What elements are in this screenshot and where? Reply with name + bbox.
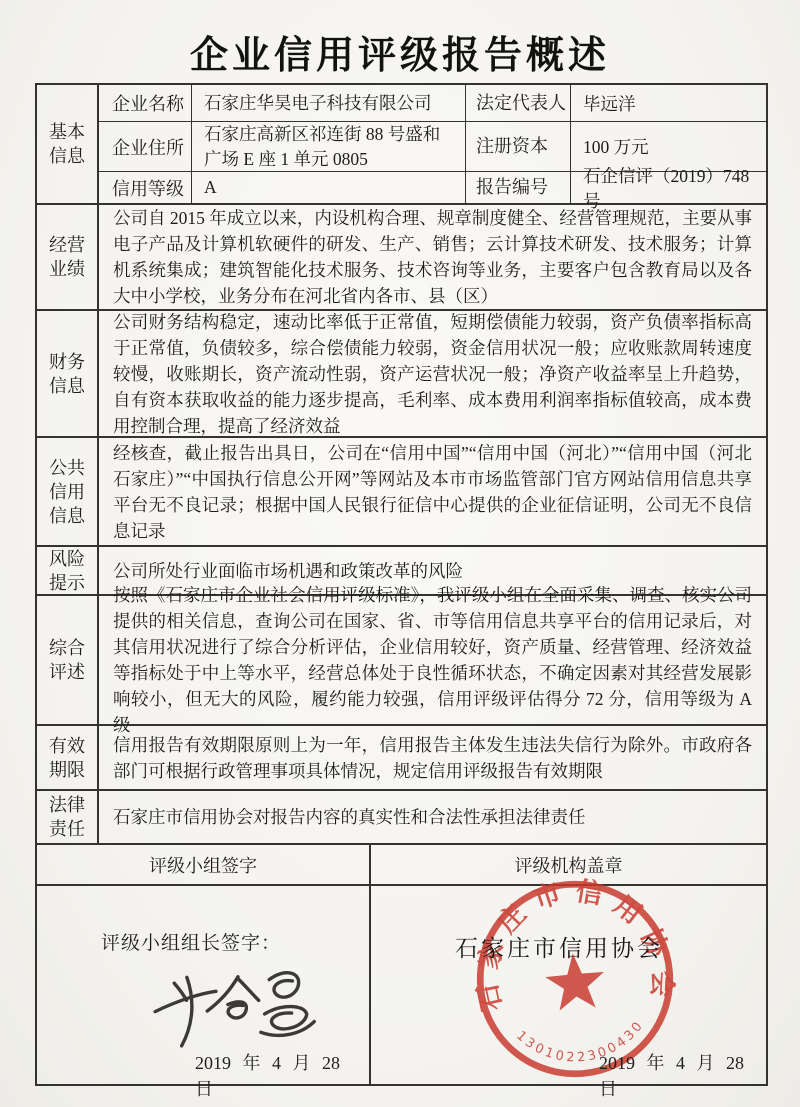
text-validity-period: 信用报告有效期限原则上为一年，信用报告主体发生违法失信行为除外。市政府各部门可根… (113, 732, 752, 784)
section-label-public-credit-info: 公共信用信息 (37, 438, 99, 545)
section-label-basic-info: 基本信息 (37, 85, 99, 203)
value-company-name: 石家庄华昊电子科技有限公司 (192, 85, 466, 121)
label-report-number: 报告编号 (466, 172, 571, 203)
label-credit-grade: 信用等级 (99, 172, 192, 203)
label-registered-capital: 注册资本 (466, 122, 571, 171)
report-table: 基本信息 企业名称 石家庄华昊电子科技有限公司 法定代表人 毕远洋 企业住所 石… (35, 83, 768, 1086)
label-company-address: 企业住所 (99, 122, 192, 171)
basic-info-section: 基本信息 企业名称 石家庄华昊电子科技有限公司 法定代表人 毕远洋 企业住所 石… (37, 85, 766, 203)
table-row: 信用等级 A 报告编号 石企信评（2019）748 号 (99, 171, 766, 203)
section-row-validity-period: 有效期限 信用报告有效期限原则上为一年，信用报告主体发生违法失信行为除外。市政府… (37, 724, 766, 789)
value-company-address: 石家庄高新区祁连街 88 号盛和广场 E 座 1 单元 0805 (192, 122, 466, 171)
value-legal-representative: 毕远洋 (571, 85, 766, 121)
value-report-number: 石企信评（2019）748 号 (571, 172, 766, 203)
section-row-financial-info: 财务信息 公司财务结构稳定，速动比率低于正常值，短期偿债能力较弱，资产负债率指标… (37, 309, 766, 436)
signature-cell: 评级小组组长签字： 2019 年 4 月 28 日 (37, 886, 371, 1084)
section-label-validity-period: 有效期限 (37, 726, 99, 789)
team-leader-signature-label: 评级小组组长签字： (101, 928, 281, 955)
header-rating-team-signature: 评级小组签字 (37, 845, 371, 884)
section-label-financial-info: 财务信息 (37, 311, 99, 436)
text-business-performance: 公司自 2015 年成立以来，内设机构合理、规章制度健全、经营管理规范，主要从事… (113, 205, 752, 309)
label-company-name: 企业名称 (99, 85, 192, 121)
label-legal-representative: 法定代表人 (466, 85, 571, 121)
text-public-credit-info: 经核查，截止报告出具日，公司在“信用中国”“信用中国（河北）”“信用中国（河北石… (113, 440, 752, 544)
text-overall-review: 按照《石家庄市企业社会信用评级标准》，我评级小组在全面采集、调查、核实公司提供的… (113, 582, 752, 738)
text-legal-liability: 石家庄市信用协会对报告内容的真实性和合法性承担法律责任 (113, 804, 752, 830)
signature-date: 2019 年 4 月 28 日 (195, 1049, 369, 1101)
page-title: 企业信用评级报告概述 (0, 0, 800, 79)
rating-agency-name: 石家庄市信用协会 (455, 930, 663, 963)
section-row-public-credit-info: 公共信用信息 经核查，截止报告出具日，公司在“信用中国”“信用中国（河北）”“信… (37, 436, 766, 545)
seal-date: 2019 年 4 月 28 日 (599, 1049, 766, 1101)
section-label-overall-review: 综合评述 (37, 596, 99, 724)
section-row-overall-review: 综合评述 按照《石家庄市企业社会信用评级标准》，我评级小组在全面采集、调查、核实… (37, 594, 766, 724)
section-label-business-performance: 经营业绩 (37, 205, 99, 309)
section-row-legal-liability: 法律责任 石家庄市信用协会对报告内容的真实性和合法性承担法律责任 (37, 789, 766, 843)
handwritten-signature (140, 956, 331, 1057)
section-label-legal-liability: 法律责任 (37, 791, 99, 843)
scanned-report-page: 企业信用评级报告概述 基本信息 企业名称 石家庄华昊电子科技有限公司 法定代表人… (0, 0, 800, 1107)
text-financial-info: 公司财务结构稳定，速动比率低于正常值，短期偿债能力较弱，资产负债率指标高于正常值… (113, 309, 752, 439)
table-row: 企业名称 石家庄华昊电子科技有限公司 法定代表人 毕远洋 (99, 85, 766, 121)
section-row-business-performance: 经营业绩 公司自 2015 年成立以来，内设机构合理、规章制度健全、经营管理规范… (37, 203, 766, 309)
seal-cell: 石家庄市信用协会 1301022300430 石家庄市信用协会 2019 年 4… (371, 886, 766, 1084)
value-credit-grade: A (192, 172, 466, 203)
section-label-risk-warning: 风险提示 (37, 547, 99, 594)
text-risk-warning: 公司所处行业面临市场机遇和政策改革的风险 (113, 558, 752, 584)
signature-body-row: 评级小组组长签字： 2019 年 4 月 28 日 (37, 884, 766, 1084)
